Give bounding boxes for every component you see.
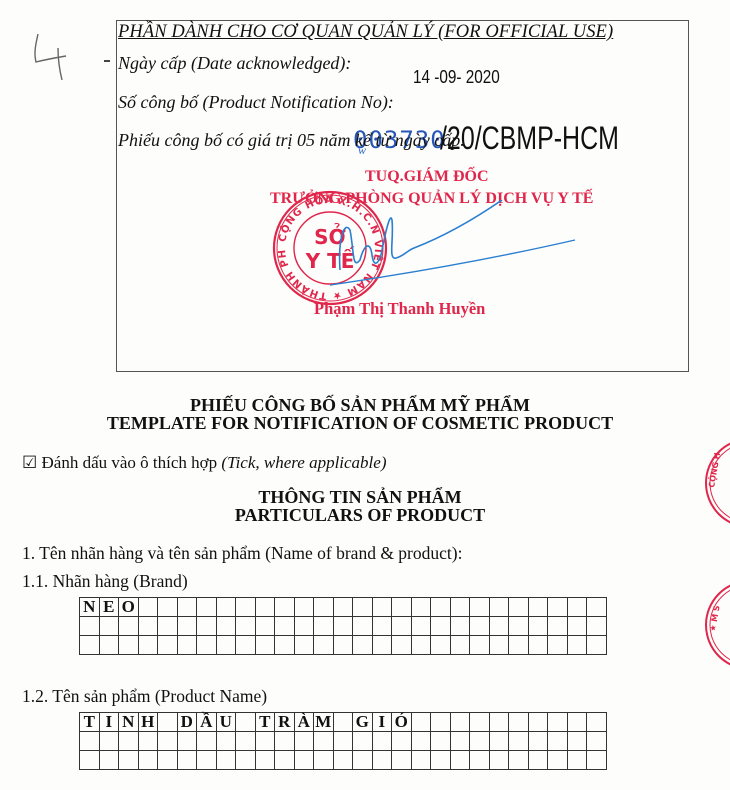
- brand-grid-cell[interactable]: [255, 598, 275, 617]
- product-grid-cell[interactable]: [489, 732, 509, 751]
- brand-grid-cell[interactable]: [528, 617, 548, 636]
- brand-grid-cell[interactable]: [450, 617, 470, 636]
- brand-grid-cell[interactable]: [236, 636, 256, 655]
- brand-grid-row: [80, 617, 607, 636]
- brand-grid-row: [80, 636, 607, 655]
- product-grid-cell[interactable]: [177, 732, 197, 751]
- brand-grid-cell[interactable]: E: [99, 598, 119, 617]
- product-grid-cell[interactable]: [372, 732, 392, 751]
- brand-grid-cell[interactable]: [587, 617, 607, 636]
- product-grid-cell[interactable]: [294, 751, 314, 770]
- product-grid-cell[interactable]: [431, 732, 451, 751]
- section-title-en: PARTICULARS OF PRODUCT: [0, 505, 725, 526]
- product-grid-cell[interactable]: [450, 732, 470, 751]
- product-grid-cell[interactable]: [470, 732, 490, 751]
- product-grid-cell[interactable]: [314, 751, 334, 770]
- product-grid-cell[interactable]: [528, 713, 548, 732]
- product-grid-cell[interactable]: [177, 751, 197, 770]
- product-grid-cell[interactable]: Ầ: [197, 713, 217, 732]
- product-grid-cell[interactable]: [489, 751, 509, 770]
- product-grid-cell[interactable]: À: [294, 713, 314, 732]
- edge-stamp-top: CỘNG H: [700, 438, 730, 528]
- brand-grid-cell[interactable]: [489, 617, 509, 636]
- brand-grid-cell[interactable]: O: [119, 598, 139, 617]
- product-grid-row: TINHDẦUTRÀMGIÓ: [80, 713, 607, 732]
- signatory-title: TUQ.GIÁM ĐỐC: [365, 168, 489, 186]
- brand-grid-cell[interactable]: [450, 598, 470, 617]
- brand-grid-cell[interactable]: [353, 598, 373, 617]
- brand-grid-cell[interactable]: [509, 617, 529, 636]
- product-grid-cell[interactable]: [80, 751, 100, 770]
- brand-grid-cell[interactable]: [450, 636, 470, 655]
- product-grid-cell[interactable]: [470, 713, 490, 732]
- product-grid-row: [80, 732, 607, 751]
- brand-grid-cell[interactable]: [567, 617, 587, 636]
- brand-grid-cell[interactable]: [431, 598, 451, 617]
- brand-grid-cell[interactable]: [333, 598, 353, 617]
- brand-grid-cell[interactable]: [314, 598, 334, 617]
- brand-grid-cell[interactable]: [99, 617, 119, 636]
- product-grid-cell[interactable]: [197, 751, 217, 770]
- product-grid-cell[interactable]: [197, 732, 217, 751]
- brand-grid-row: NEO: [80, 598, 607, 617]
- brand-grid-cell[interactable]: [372, 636, 392, 655]
- brand-grid-cell[interactable]: [314, 617, 334, 636]
- brand-grid-cell[interactable]: [567, 636, 587, 655]
- product-name-label: 1.2. Tên sản phẩm (Product Name): [22, 686, 267, 707]
- product-grid-cell[interactable]: [353, 751, 373, 770]
- notification-no-label: Số công bố (Product Notification No):: [118, 92, 394, 113]
- date-acknowledged-value: 14 -09- 2020: [413, 67, 500, 88]
- product-grid-cell[interactable]: [236, 732, 256, 751]
- product-grid-cell[interactable]: [392, 732, 412, 751]
- brand-grid-cell[interactable]: [80, 636, 100, 655]
- brand-grid-cell[interactable]: [431, 636, 451, 655]
- brand-grid-cell[interactable]: [138, 617, 158, 636]
- date-acknowledged-label: Ngày cấp (Date acknowledged):: [118, 53, 351, 74]
- brand-grid-cell[interactable]: [314, 636, 334, 655]
- brand-grid-cell[interactable]: [158, 617, 178, 636]
- brand-grid-cell[interactable]: [548, 617, 568, 636]
- product-grid-cell[interactable]: [528, 732, 548, 751]
- product-grid-cell[interactable]: [587, 751, 607, 770]
- brand-grid-cell[interactable]: [470, 617, 490, 636]
- brand-grid-cell[interactable]: [255, 636, 275, 655]
- product-grid-cell[interactable]: [450, 751, 470, 770]
- brand-grid-cell[interactable]: [392, 636, 412, 655]
- brand-grid-cell[interactable]: [236, 617, 256, 636]
- product-grid-cell[interactable]: M: [314, 713, 334, 732]
- product-grid-cell[interactable]: [567, 732, 587, 751]
- brand-grid-cell[interactable]: [255, 617, 275, 636]
- product-grid-cell[interactable]: U: [216, 713, 236, 732]
- brand-grid-cell[interactable]: [411, 636, 431, 655]
- brand-grid-cell[interactable]: [372, 598, 392, 617]
- brand-grid-cell[interactable]: [470, 636, 490, 655]
- brand-grid-cell[interactable]: [509, 636, 529, 655]
- product-grid-cell[interactable]: [411, 751, 431, 770]
- brand-grid-cell[interactable]: [177, 617, 197, 636]
- tick-instruction-italic: (Tick, where applicable): [221, 453, 386, 472]
- product-grid-cell[interactable]: [528, 751, 548, 770]
- product-grid-cell[interactable]: [548, 713, 568, 732]
- product-grid-cell[interactable]: R: [275, 713, 295, 732]
- product-grid-cell[interactable]: [138, 732, 158, 751]
- brand-grid-cell[interactable]: [294, 617, 314, 636]
- product-grid-cell[interactable]: [333, 713, 353, 732]
- product-grid-cell[interactable]: [431, 751, 451, 770]
- brand-grid-cell[interactable]: [80, 617, 100, 636]
- product-grid-cell[interactable]: [275, 751, 295, 770]
- product-grid-cell[interactable]: [275, 732, 295, 751]
- product-grid-cell[interactable]: [509, 732, 529, 751]
- brand-grid-cell[interactable]: [431, 617, 451, 636]
- product-name-input-grid[interactable]: TINHDẦUTRÀMGIÓ: [79, 712, 607, 770]
- product-grid-cell[interactable]: [236, 713, 256, 732]
- brand-grid-cell[interactable]: [197, 636, 217, 655]
- product-grid-cell[interactable]: N: [119, 713, 139, 732]
- brand-grid-cell[interactable]: [158, 636, 178, 655]
- product-grid-cell[interactable]: [509, 751, 529, 770]
- product-grid-cell[interactable]: [567, 751, 587, 770]
- product-grid-cell[interactable]: [255, 751, 275, 770]
- product-grid-cell[interactable]: [80, 732, 100, 751]
- handwritten-initials: w: [358, 143, 366, 158]
- brand-grid-cell[interactable]: N: [80, 598, 100, 617]
- brand-grid-cell[interactable]: [216, 598, 236, 617]
- brand-grid-cell[interactable]: [528, 636, 548, 655]
- brand-grid-cell[interactable]: [392, 598, 412, 617]
- product-grid-cell[interactable]: [99, 751, 119, 770]
- checkbox-checked-icon: ☑: [22, 453, 37, 472]
- product-grid-cell[interactable]: [548, 751, 568, 770]
- brand-grid-cell[interactable]: [119, 617, 139, 636]
- brand-grid-cell[interactable]: [138, 598, 158, 617]
- product-grid-cell[interactable]: G: [353, 713, 373, 732]
- product-grid-cell[interactable]: [372, 751, 392, 770]
- item1-label: 1. Tên nhãn hàng và tên sản phẩm (Name o…: [22, 543, 462, 564]
- product-grid-cell[interactable]: [333, 751, 353, 770]
- product-grid-cell[interactable]: I: [99, 713, 119, 732]
- edge-stamp-bottom: ★ M S: [700, 580, 730, 670]
- product-grid-row: [80, 751, 607, 770]
- brand-grid-cell[interactable]: [275, 598, 295, 617]
- margin-tick: [104, 60, 110, 62]
- product-grid-cell[interactable]: [489, 713, 509, 732]
- brand-grid-cell[interactable]: [392, 617, 412, 636]
- product-grid-cell[interactable]: [392, 751, 412, 770]
- product-grid-cell[interactable]: [236, 751, 256, 770]
- product-grid-cell[interactable]: [333, 732, 353, 751]
- brand-grid-cell[interactable]: [275, 636, 295, 655]
- brand-grid-cell[interactable]: [294, 598, 314, 617]
- handwritten-page-number: [30, 22, 70, 82]
- tick-instruction: ☑ Đánh dấu vào ô thích hợp (Tick, where …: [22, 453, 386, 473]
- product-grid-cell[interactable]: [99, 732, 119, 751]
- brand-grid-cell[interactable]: [158, 598, 178, 617]
- brand-grid-cell[interactable]: [587, 636, 607, 655]
- document-title-en: TEMPLATE FOR NOTIFICATION OF COSMETIC PR…: [0, 413, 725, 434]
- product-grid-cell[interactable]: [216, 732, 236, 751]
- brand-grid-cell[interactable]: [99, 636, 119, 655]
- brand-grid-cell[interactable]: [489, 598, 509, 617]
- brand-grid-cell[interactable]: [548, 636, 568, 655]
- product-grid-cell[interactable]: [138, 751, 158, 770]
- brand-grid-cell[interactable]: [236, 598, 256, 617]
- product-grid-cell[interactable]: [158, 732, 178, 751]
- product-grid-cell[interactable]: [119, 751, 139, 770]
- product-grid-cell[interactable]: [548, 732, 568, 751]
- brand-grid-cell[interactable]: [294, 636, 314, 655]
- brand-grid-cell[interactable]: [275, 617, 295, 636]
- product-grid-cell[interactable]: [567, 713, 587, 732]
- product-grid-cell[interactable]: [411, 713, 431, 732]
- brand-grid-cell[interactable]: [587, 598, 607, 617]
- brand-grid-cell[interactable]: [509, 598, 529, 617]
- product-grid-cell[interactable]: [294, 732, 314, 751]
- product-grid-cell[interactable]: I: [372, 713, 392, 732]
- brand-grid-cell[interactable]: [353, 617, 373, 636]
- brand-grid-cell[interactable]: [333, 617, 353, 636]
- product-grid-cell[interactable]: [411, 732, 431, 751]
- brand-grid-cell[interactable]: [177, 598, 197, 617]
- brand-grid-cell[interactable]: [197, 598, 217, 617]
- brand-grid-cell[interactable]: [372, 617, 392, 636]
- product-grid-cell[interactable]: [158, 751, 178, 770]
- signatory-name: Phạm Thị Thanh Huyền: [314, 299, 485, 319]
- notification-number-suffix: /20/CBMP-HCM: [440, 120, 619, 157]
- product-grid-cell[interactable]: [431, 713, 451, 732]
- product-grid-cell[interactable]: [119, 732, 139, 751]
- tick-instruction-text: Đánh dấu vào ô thích hợp: [42, 453, 222, 472]
- product-grid-cell[interactable]: [587, 713, 607, 732]
- brand-grid-cell[interactable]: [470, 598, 490, 617]
- brand-grid-cell[interactable]: [411, 617, 431, 636]
- brand-input-grid[interactable]: NEO: [79, 597, 607, 655]
- brand-grid-cell[interactable]: [177, 636, 197, 655]
- brand-grid-cell[interactable]: [333, 636, 353, 655]
- product-grid-cell[interactable]: [353, 732, 373, 751]
- brand-grid-cell[interactable]: [197, 617, 217, 636]
- official-box-title: PHẦN DÀNH CHO CƠ QUAN QUẢN LÝ (FOR OFFIC…: [118, 22, 613, 43]
- product-grid-cell[interactable]: H: [138, 713, 158, 732]
- product-grid-cell[interactable]: [255, 732, 275, 751]
- signature: [330, 200, 590, 310]
- product-grid-cell[interactable]: [509, 713, 529, 732]
- product-grid-cell[interactable]: T: [80, 713, 100, 732]
- brand-grid-cell[interactable]: [548, 598, 568, 617]
- brand-grid-cell[interactable]: [216, 617, 236, 636]
- product-grid-cell[interactable]: [470, 751, 490, 770]
- product-grid-cell[interactable]: T: [255, 713, 275, 732]
- product-grid-cell[interactable]: Ó: [392, 713, 412, 732]
- product-grid-cell[interactable]: D: [177, 713, 197, 732]
- product-grid-cell[interactable]: [450, 713, 470, 732]
- brand-grid-cell[interactable]: [353, 636, 373, 655]
- brand-grid-cell[interactable]: [567, 598, 587, 617]
- product-grid-cell[interactable]: [587, 732, 607, 751]
- brand-grid-cell[interactable]: [119, 636, 139, 655]
- brand-grid-cell[interactable]: [138, 636, 158, 655]
- brand-grid-cell[interactable]: [411, 598, 431, 617]
- brand-grid-cell[interactable]: [216, 636, 236, 655]
- brand-grid-cell[interactable]: [489, 636, 509, 655]
- brand-label: 1.1. Nhãn hàng (Brand): [22, 571, 188, 592]
- product-grid-cell[interactable]: [158, 713, 178, 732]
- brand-grid-cell[interactable]: [528, 598, 548, 617]
- validity-note: Phiếu công bố có giá trị 05 năm kể từ ng…: [118, 130, 465, 151]
- product-grid-cell[interactable]: [216, 751, 236, 770]
- product-grid-cell[interactable]: [314, 732, 334, 751]
